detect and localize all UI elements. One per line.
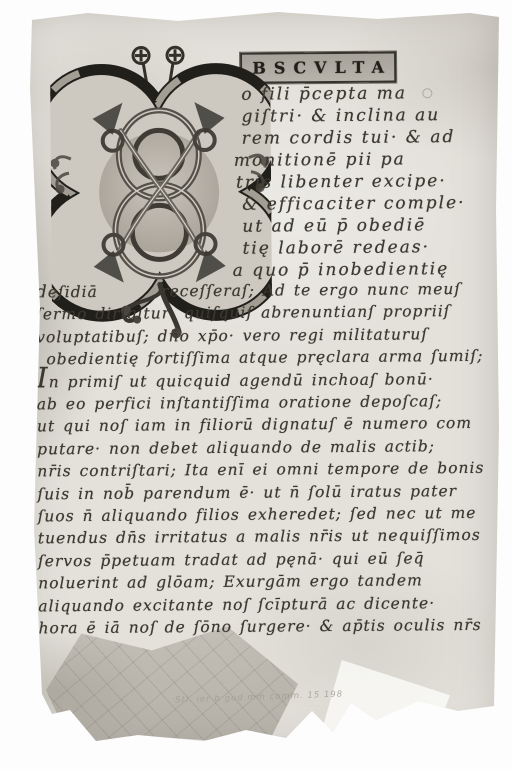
text-line: giſtri· & inclina au — [241, 104, 476, 128]
text-line: monitionē pii pa — [234, 148, 477, 172]
text-line: ut qui noſ iam in filiorū dignatuſ ē n… — [37, 412, 487, 438]
text-line: hora ē iā noſ de ſōno ſurgere· & ap̄t… — [38, 614, 488, 640]
text-line: noluerint ad glōam; Exurgām ergo tande… — [38, 569, 488, 595]
manuscript-photo: BSCVLTA — [0, 0, 512, 769]
text-line: ſermo dirigitur· quiſquiſ abrenuntianſ p… — [36, 300, 486, 326]
page-content: BSCVLTA — [16, 6, 504, 752]
text-line: o fili p̄cepta ma — [241, 82, 476, 106]
text-line: ut ad eū p̄ obediē — [242, 214, 477, 238]
text-line: nr̄is contriſtari; Ita enī ei omni temp… — [37, 457, 487, 483]
opening-column: o fili p̄cepta magiſtri· & inclina aurem… — [241, 82, 478, 282]
pencil-shelfmark-note: Sti. ier b gud mm̄ comm. 15 198 — [175, 687, 405, 705]
text-line: obedientię fortiſſima atque pręclara arm… — [46, 345, 486, 371]
ink-ring-mark — [422, 88, 432, 98]
text-line: tris libenter excipe· — [236, 170, 477, 194]
parchment-page: BSCVLTA — [18, 8, 500, 750]
text-line: & efficaciter comple· — [242, 192, 477, 216]
main-text-block: deſidiā receſſeraſ; Ad te ergo nunc meu… — [36, 278, 489, 640]
text-line: tię laborē redeas· — [242, 236, 477, 260]
text-line: rem cordis tui· & ad — [242, 126, 477, 150]
